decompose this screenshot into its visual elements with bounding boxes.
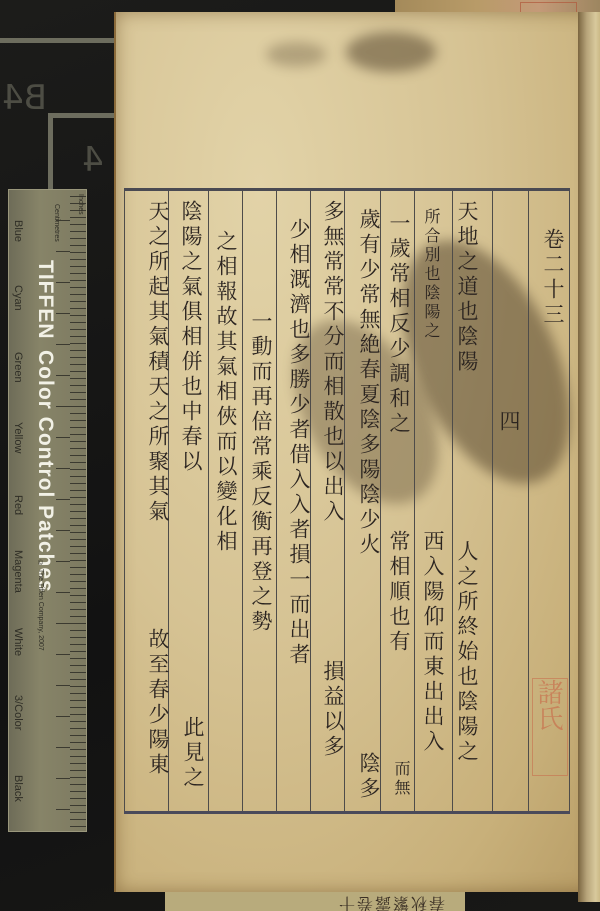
text-column: 陰陽之氣俱相併也中春以	[178, 200, 204, 475]
board-guide-line	[48, 113, 116, 118]
leaf-number: 四	[496, 410, 522, 435]
text-column: 天地之道也陰陽	[454, 200, 480, 375]
column-rule	[492, 191, 493, 811]
text-column: 所合別也陰陽之	[418, 208, 444, 341]
chapter-label: 卷二十三	[540, 228, 566, 328]
tiffen-logo: TIFFEN	[33, 260, 57, 340]
text-column: 故至春少陽東	[145, 628, 171, 778]
patch-label: Red	[12, 495, 24, 515]
column-rule	[569, 191, 570, 811]
column-rule	[452, 191, 453, 811]
patch-label: White	[12, 628, 24, 656]
text-column: 而無	[388, 760, 414, 798]
text-column: 一歲常相反少調和之	[386, 212, 412, 437]
centimetres-label: Centimetres	[53, 204, 60, 242]
board-guide-line	[0, 38, 116, 43]
spine-label-text: 春秋繁露卷十	[337, 893, 445, 911]
stain	[346, 32, 436, 72]
color-control-strip: Inches Centimetres TIFFEN Color Control …	[8, 189, 87, 832]
text-column: 陰多	[356, 752, 382, 802]
text-column: 西入陽仰而東出出入	[420, 530, 446, 755]
text-column: 之相報故其氣相俠而以變化相	[213, 230, 239, 555]
column-rule	[528, 191, 529, 811]
text-column: 一動而再倍常乘反衡再登之勢	[248, 310, 274, 635]
board-marking: 4	[82, 140, 104, 180]
red-seal: 諸氏	[532, 678, 568, 776]
column-rule	[208, 191, 209, 811]
text-column: 天之所起其氣積天之所聚其氣	[145, 200, 171, 525]
page-edge	[578, 12, 600, 902]
text-column: 損益以多	[320, 660, 346, 760]
board-marking: B4	[2, 78, 47, 118]
text-column: 人之所終始也陰陽之	[454, 540, 480, 765]
patch-label: Blue	[12, 220, 24, 242]
column-rule	[414, 191, 415, 811]
patch-label: Yellow	[12, 422, 24, 453]
patch-label: Cyan	[12, 285, 24, 311]
column-rule	[124, 191, 125, 811]
board-guide-line	[48, 113, 53, 193]
patch-label: Magenta	[12, 550, 24, 593]
strip-title: Color Control Patches	[33, 350, 57, 593]
text-column: 常相順也有	[386, 530, 412, 655]
patch-label: Green	[12, 352, 24, 383]
spine-label: 春秋繁露卷十	[165, 892, 465, 911]
text-column: 多無常常不分而相散也以出入	[320, 200, 346, 525]
text-column: 少相溉濟也多勝少者借入入者損一而出者	[286, 218, 312, 668]
patch-label: Black	[12, 775, 24, 802]
stain	[266, 42, 326, 67]
text-column: 歲有少常無絶春夏陰多陽陰少火	[356, 208, 382, 558]
column-rule	[242, 191, 243, 811]
text-column: 此見之	[180, 716, 206, 791]
patch-label: 3/Color	[12, 695, 24, 730]
cm-ruler	[56, 190, 70, 831]
inch-ruler	[70, 190, 86, 831]
column-rule	[276, 191, 277, 811]
copyright: © The Tiffen Company, 2007	[37, 560, 44, 651]
inches-label: Inches	[77, 194, 84, 215]
